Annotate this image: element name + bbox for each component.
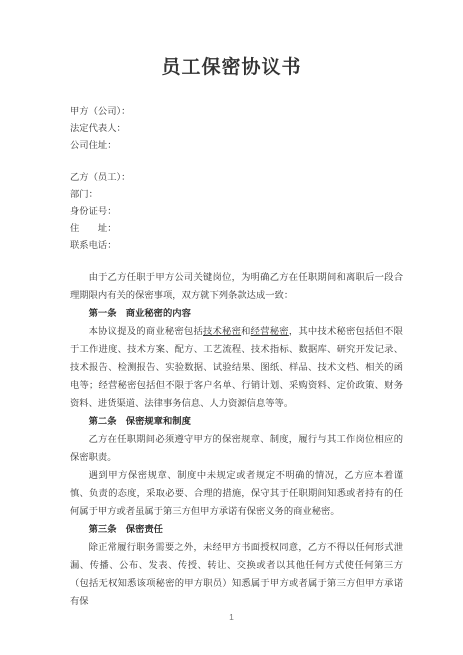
preamble-paragraph: 由于乙方任职于甲方公司关键岗位，为明确乙方在任职期间和离职后一段合理期限内有关的… xyxy=(70,268,403,304)
section-1-paragraph-1: 本协议提及的商业秘密包括技术秘密和经营秘密，其中技术秘密包括但不限于工作进度、技… xyxy=(70,322,403,412)
section-2-paragraph-1: 乙方在任职期间必须遵守甲方的保密规章、制度，履行与其工作岗位相应的保密职责。 xyxy=(70,430,403,466)
underlined-term-business-secret: 经营秘密 xyxy=(251,326,289,336)
legal-representative-field: 法定代表人： xyxy=(70,120,403,137)
section-2-heading: 第二条 保密规章和制度 xyxy=(70,412,403,430)
underlined-term-technical-secret: 技术秘密 xyxy=(203,326,241,336)
party-a-block: 甲方（公司）： 法定代表人： 公司住址： xyxy=(70,103,403,154)
page-number: 1 xyxy=(0,612,463,622)
section-2-paragraph-2: 遇到甲方保密规章、制度中未规定或者规定不明确的情况，乙方应本着谨慎、负责的态度，… xyxy=(70,466,403,520)
section-3-heading: 第三条 保密责任 xyxy=(70,520,403,538)
company-address-field: 公司住址： xyxy=(70,137,403,154)
section-1-heading: 第一条 商业秘密的内容 xyxy=(70,304,403,322)
document-body: 甲方（公司）： 法定代表人： 公司住址： 乙方（员工）： 部门： 身份证号： 住… xyxy=(0,103,463,610)
phone-field: 联系电话： xyxy=(70,237,403,254)
paragraph-text: 和 xyxy=(241,326,251,336)
paragraph-text: 本协议提及的商业秘密包括 xyxy=(89,326,203,336)
document-page: 员工保密协议书 甲方（公司）： 法定代表人： 公司住址： 乙方（员工）： 部门：… xyxy=(0,0,463,655)
department-field: 部门： xyxy=(70,186,403,203)
document-title: 员工保密协议书 xyxy=(0,52,463,79)
section-3-paragraph-1: 除正常履行职务需要之外，未经甲方书面授权同意，乙方不得以任何形式泄漏、传播、公布… xyxy=(70,538,403,610)
id-number-field: 身份证号： xyxy=(70,203,403,220)
party-b-block: 乙方（员工）： 部门： 身份证号： 住 址： 联系电话： xyxy=(70,169,403,254)
party-b-employee-field: 乙方（员工）： xyxy=(70,169,403,186)
party-a-company-field: 甲方（公司）： xyxy=(70,103,403,120)
paragraph-text: ，其中技术秘密包括但不限于工作进度、技术方案、配方、工艺流程、技术指标、数据库、… xyxy=(70,326,403,408)
address-field: 住 址： xyxy=(70,220,403,237)
